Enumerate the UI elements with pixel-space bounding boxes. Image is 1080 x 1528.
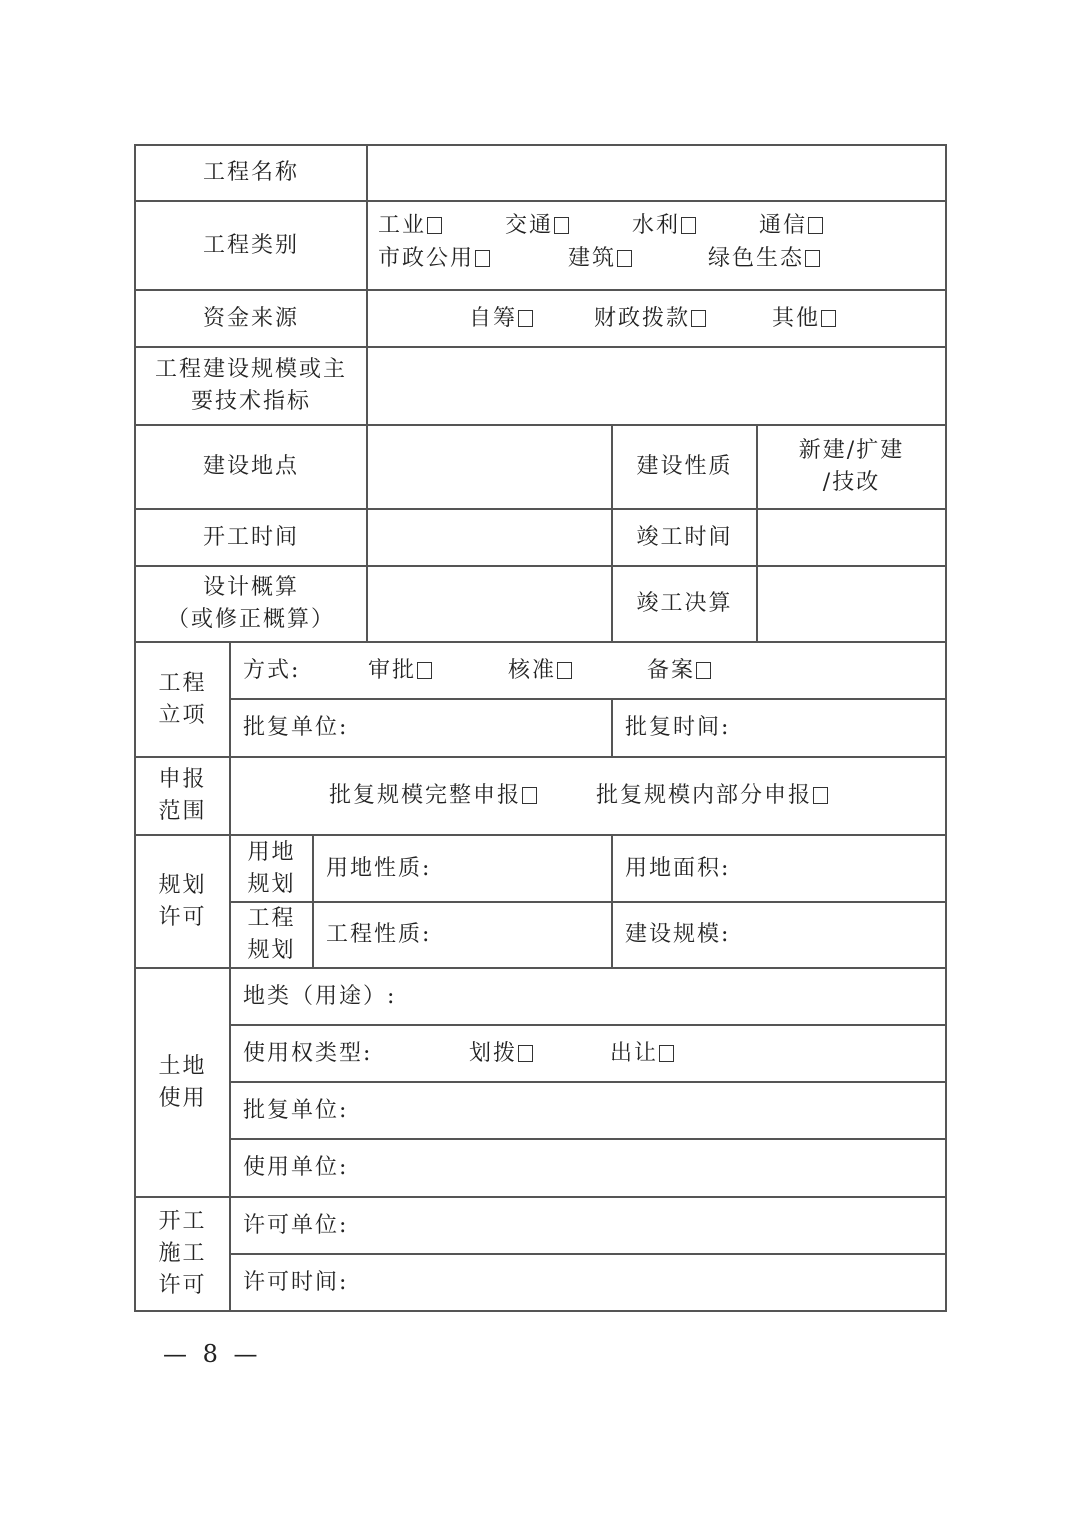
checkbox[interactable] <box>557 662 572 679</box>
label-text: 规划 <box>247 935 295 967</box>
checkbox[interactable] <box>518 310 533 327</box>
label-text: 使用 <box>158 1083 206 1115</box>
label-text: （或修正概算） <box>167 604 335 636</box>
project-category-label: 工程类别 <box>136 202 366 289</box>
funding-source-label: 资金来源 <box>136 291 366 346</box>
option-record[interactable]: 备案 <box>647 655 711 687</box>
nature-value[interactable]: 新建/扩建 /技改 <box>758 426 945 508</box>
label-text: 地类（用途）: <box>243 981 396 1013</box>
approval-group-label: 工程 立项 <box>136 643 229 756</box>
checkbox[interactable] <box>808 217 823 234</box>
option-approve[interactable]: 审批 <box>368 655 432 687</box>
label-text: 工程 <box>158 668 206 700</box>
checkbox[interactable] <box>518 1045 533 1062</box>
completion-time-label: 竣工时间 <box>613 510 756 565</box>
label-text: 规划 <box>247 869 295 901</box>
option-label: 绿色生态 <box>708 246 804 271</box>
label-text: 竣工决算 <box>636 588 732 620</box>
label-text: 许可 <box>158 902 206 934</box>
construction-scale-field[interactable]: 建设规模: <box>613 903 945 967</box>
value-text: 新建/扩建 <box>799 435 904 467</box>
option-municipal[interactable]: 市政公用 <box>378 243 490 275</box>
option-label: 备案 <box>647 658 695 683</box>
location-label: 建设地点 <box>136 426 366 508</box>
label-text: 土地 <box>158 1051 206 1083</box>
start-time-label: 开工时间 <box>136 510 366 565</box>
project-nature-field[interactable]: 工程性质: <box>314 903 611 967</box>
label-text: 建设性质 <box>636 451 732 483</box>
option-full-scope[interactable]: 批复规模完整申报 <box>329 780 537 812</box>
option-label: 自筹 <box>469 306 517 331</box>
option-label: 工业 <box>378 213 426 238</box>
label-text: 批复时间: <box>625 712 730 744</box>
checkbox[interactable] <box>805 250 820 267</box>
label-text: 工程建设规模或主 <box>155 354 347 386</box>
checkbox[interactable] <box>417 662 432 679</box>
location-field[interactable] <box>368 426 611 508</box>
start-time-field[interactable] <box>368 510 611 565</box>
land-planning-sublabel: 用地 规划 <box>231 836 312 901</box>
label-text: 申报 <box>158 764 206 796</box>
option-label: 通信 <box>759 213 807 238</box>
checkbox[interactable] <box>696 662 711 679</box>
label-text: 竣工时间 <box>636 522 732 554</box>
completion-time-field[interactable] <box>758 510 945 565</box>
label-text: 施工 <box>158 1238 206 1270</box>
option-label: 市政公用 <box>378 246 474 271</box>
design-budget-label: 设计概算 （或修正概算） <box>136 567 366 641</box>
permit-unit-field[interactable]: 许可单位: <box>231 1198 945 1253</box>
approval-time-field[interactable]: 批复时间: <box>613 700 945 756</box>
label-text: 用地性质: <box>326 853 431 885</box>
label-text: 批复单位: <box>243 1095 348 1127</box>
label-text: 许可单位: <box>243 1210 348 1242</box>
label-text: 要技术指标 <box>191 386 311 418</box>
label-text: 开工时间 <box>203 522 299 554</box>
option-label: 批复规模完整申报 <box>329 783 521 808</box>
label-text: 开工 <box>158 1206 206 1238</box>
option-label: 交通 <box>505 213 553 238</box>
project-name-label: 工程名称 <box>136 146 366 200</box>
option-label: 核准 <box>508 658 556 683</box>
checkbox[interactable] <box>475 250 490 267</box>
scale-field[interactable] <box>368 348 945 424</box>
checkbox[interactable] <box>813 787 828 804</box>
label-text: 建设地点 <box>203 451 299 483</box>
scope-options: 批复规模完整申报 批复规模内部分申报 <box>231 758 945 834</box>
option-building[interactable]: 建筑 <box>568 243 632 275</box>
value-text: /技改 <box>823 467 880 499</box>
label-text: 资金来源 <box>203 303 299 335</box>
checkbox[interactable] <box>617 250 632 267</box>
label-text: 范围 <box>158 796 206 828</box>
label-text: 用地 <box>247 837 295 869</box>
checkbox[interactable] <box>522 787 537 804</box>
land-area-field[interactable]: 用地面积: <box>613 836 945 901</box>
option-verify[interactable]: 核准 <box>508 655 572 687</box>
scope-group-label: 申报 范围 <box>136 758 229 834</box>
checkbox[interactable] <box>554 217 569 234</box>
label-text: 立项 <box>158 700 206 732</box>
final-accounts-label: 竣工决算 <box>613 567 756 641</box>
funding-source-options: 自筹 财政拨款 其他 <box>368 291 945 346</box>
land-nature-field[interactable]: 用地性质: <box>314 836 611 901</box>
label-text: 方式: <box>243 655 300 687</box>
option-transfer[interactable]: 出让 <box>610 1038 674 1070</box>
planning-group-label: 规划 许可 <box>136 836 229 967</box>
land-type-field[interactable]: 地类（用途）: <box>231 969 945 1024</box>
scale-label: 工程建设规模或主 要技术指标 <box>136 348 366 424</box>
construction-permit-group-label: 开工 施工 许可 <box>136 1198 229 1310</box>
option-label: 财政拨款 <box>594 306 690 331</box>
land-approval-unit-field[interactable]: 批复单位: <box>231 1083 945 1138</box>
label-text: 用地面积: <box>625 853 730 885</box>
option-label: 水利 <box>632 213 680 238</box>
label-text: 工程 <box>247 903 295 935</box>
option-label: 建筑 <box>568 246 616 271</box>
label-text: 批复单位: <box>243 712 348 744</box>
option-label: 其他 <box>772 306 820 331</box>
option-label: 划拨 <box>469 1041 517 1066</box>
table-border-right <box>945 144 947 1312</box>
land-rights-row: 使用权类型: 划拨 出让 <box>231 1026 945 1081</box>
option-other[interactable]: 其他 <box>772 303 836 335</box>
label-text: 工程类别 <box>203 230 299 262</box>
land-use-group-label: 土地 使用 <box>136 969 229 1196</box>
checkbox[interactable] <box>821 310 836 327</box>
option-industry[interactable]: 工业 <box>378 210 442 242</box>
label-text: 设计概算 <box>203 572 299 604</box>
label-text: 许可时间: <box>243 1267 348 1299</box>
label-text: 规划 <box>158 870 206 902</box>
nature-label: 建设性质 <box>613 426 756 508</box>
option-telecom[interactable]: 通信 <box>759 210 823 242</box>
option-transport[interactable]: 交通 <box>505 210 569 242</box>
checkbox[interactable] <box>691 310 706 327</box>
checkbox[interactable] <box>659 1045 674 1062</box>
label-text: 许可 <box>158 1270 206 1302</box>
option-self-funded[interactable]: 自筹 <box>469 303 533 335</box>
label-text: 建设规模: <box>625 919 730 951</box>
label-text: 工程名称 <box>203 157 299 189</box>
option-allocation[interactable]: 划拨 <box>469 1038 533 1070</box>
design-budget-field[interactable] <box>368 567 611 641</box>
checkbox[interactable] <box>427 217 442 234</box>
label-text: 使用权类型: <box>243 1038 372 1070</box>
approval-method-row: 方式: 审批 核准 备案 <box>231 643 945 698</box>
table-border-bottom <box>134 1310 947 1312</box>
project-name-field[interactable] <box>368 146 945 200</box>
option-label: 审批 <box>368 658 416 683</box>
option-label: 批复规模内部分申报 <box>596 783 812 808</box>
checkbox[interactable] <box>681 217 696 234</box>
label-text: 使用单位: <box>243 1152 348 1184</box>
option-label: 出让 <box>610 1041 658 1066</box>
approval-unit-field[interactable]: 批复单位: <box>231 700 611 756</box>
option-partial-scope[interactable]: 批复规模内部分申报 <box>596 780 828 812</box>
permit-time-field[interactable]: 许可时间: <box>231 1255 945 1310</box>
project-category-options: 工业 交通 水利 通信 市政公用 建筑 绿色生态 <box>378 210 938 290</box>
project-planning-sublabel: 工程 规划 <box>231 903 312 967</box>
option-water[interactable]: 水利 <box>632 210 696 242</box>
label-text: 工程性质: <box>326 919 431 951</box>
page-number: — 8 — <box>163 1340 262 1368</box>
option-fiscal[interactable]: 财政拨款 <box>594 303 706 335</box>
land-user-unit-field[interactable]: 使用单位: <box>231 1140 945 1196</box>
option-green[interactable]: 绿色生态 <box>708 243 820 275</box>
final-accounts-field[interactable] <box>758 567 945 641</box>
